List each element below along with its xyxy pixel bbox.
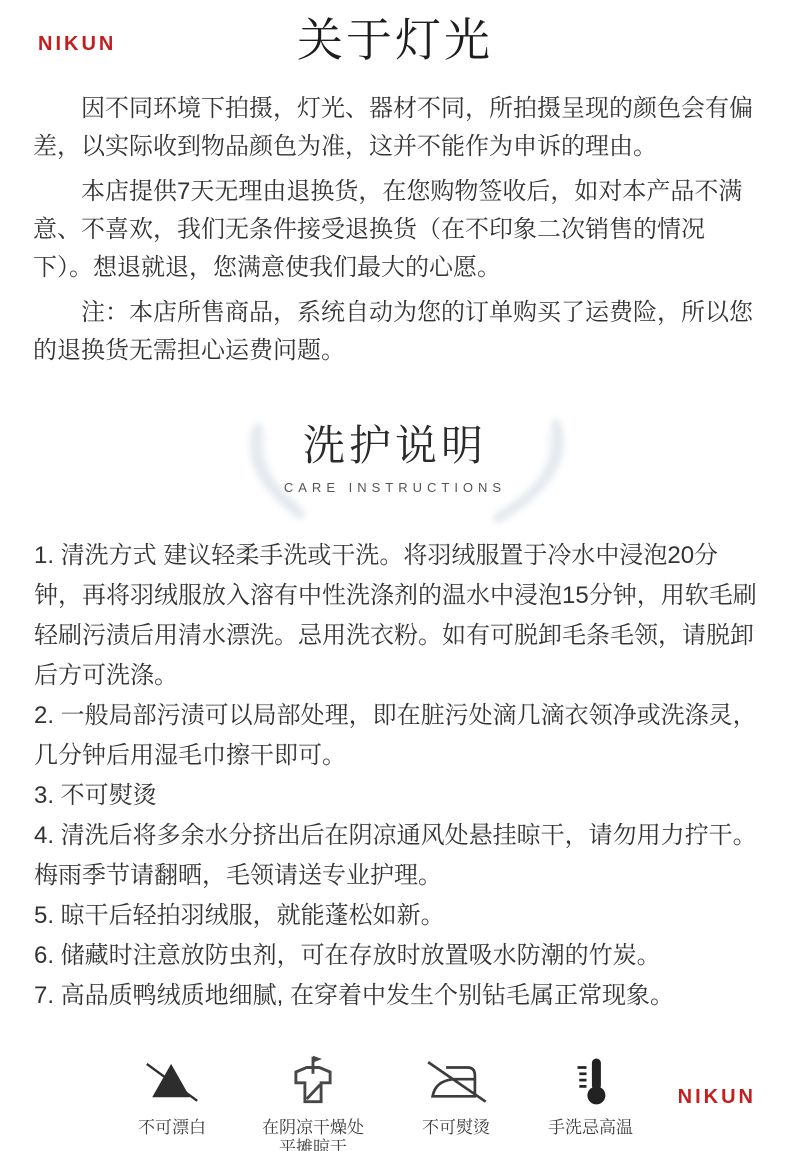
laundry-symbol-no-iron: 不可熨烫 [420,1054,492,1138]
care-item-1: 1. 清洗方式 建议轻柔手洗或干洗。将羽绒服置于冷水中浸泡20分钟，再将羽绒服放… [34,536,766,696]
page-title: 关于灯光 [0,0,790,68]
care-item-5: 5. 晾干后轻拍羽绒服，就能蓬松如新。 [34,896,766,936]
brand-logo-top: NIKUN [38,33,116,56]
care-subtitle: CARE INSTRUCTIONS [0,480,790,495]
care-item-4: 4. 清洗后将多余水分挤出后在阴凉通风处悬挂晾干，请勿用力拧干。梅雨季节请翻晒，… [34,816,766,896]
care-item-6: 6. 储藏时注意放防虫剂，可在存放时放置吸水防潮的竹炭。 [34,936,766,976]
thermometer-icon [562,1054,620,1113]
lighting-disclaimer: 因不同环境下拍摄，灯光、器材不同，所拍摄呈现的颜色会有偏差，以实际收到物品颜色为… [33,90,764,370]
product-detail-page: NIKUN 关于灯光 因不同环境下拍摄，灯光、器材不同，所拍摄呈现的颜色会有偏差… [0,0,790,1151]
icon-label: 不可熨烫 [422,1118,490,1138]
laundry-symbol-dry-flat-in-shade: 在阴凉干燥处 平摊晾干 [262,1054,364,1151]
care-instructions-header: 洗护说明 CARE INSTRUCTIONS [0,420,790,520]
lighting-paragraph-1: 因不同环境下拍摄，灯光、器材不同，所拍摄呈现的颜色会有偏差，以实际收到物品颜色为… [33,90,764,166]
brand-logo-bottom: NIKUN [678,1086,756,1109]
laundry-symbol-hand-wash-no-high-temp: 手洗忌高温 [548,1054,633,1138]
lighting-paragraph-2: 本店提供7天无理由退换货，在您购物签收后，如对本产品不满意、不喜欢，我们无条件接… [33,173,764,287]
laundry-symbols-row: 不可漂白 在阴凉干燥处 平摊晾干 [138,1054,633,1151]
icon-label: 手洗忌高温 [548,1118,633,1138]
icon-label: 不可漂白 [138,1118,206,1138]
icon-label-line2: 平摊晾干 [279,1138,347,1151]
icon-label: 在阴凉干燥处 [262,1118,364,1138]
dry-flat-in-shade-icon [284,1054,342,1113]
lighting-paragraph-3: 注：本店所售商品，系统自动为您的订单购买了运费险，所以您的退换货无需担心运费问题… [33,294,764,370]
care-instructions-list: 1. 清洗方式 建议轻柔手洗或干洗。将羽绒服置于冷水中浸泡20分钟，再将羽绒服放… [34,536,766,1016]
care-item-2: 2. 一般局部污渍可以局部处理，即在脏污处滴几滴衣领净或洗涤灵，几分钟后用湿毛巾… [34,696,766,776]
care-title: 洗护说明 [0,420,790,472]
care-item-7: 7. 高品质鸭绒质地细腻, 在穿着中发生个别钻毛属正常现象。 [34,976,766,1016]
laundry-symbol-no-bleach: 不可漂白 [138,1054,206,1138]
care-item-3: 3. 不可熨烫 [34,776,766,816]
no-iron-icon [420,1054,492,1113]
no-bleach-icon [143,1054,201,1113]
